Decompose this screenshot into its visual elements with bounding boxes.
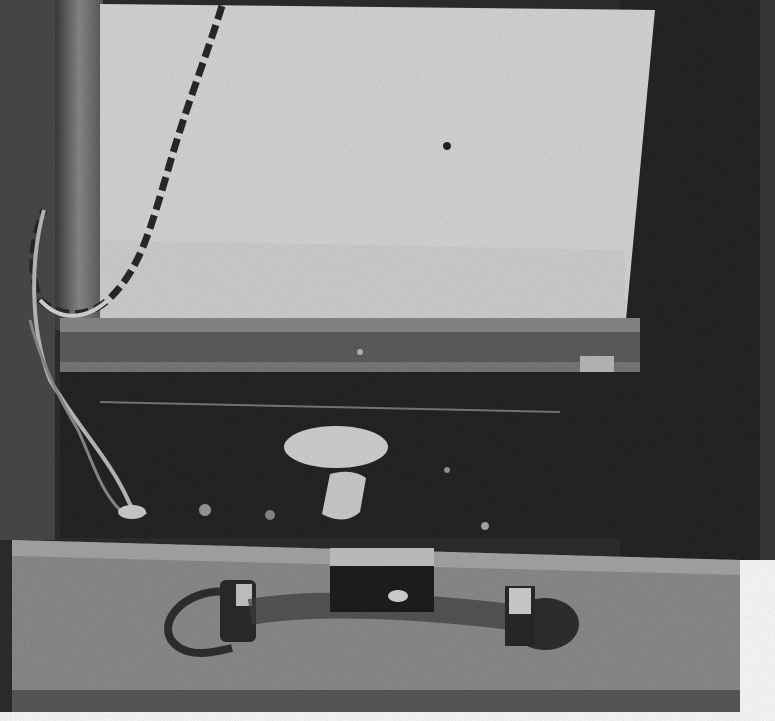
component-top bbox=[330, 548, 434, 566]
left-edge bbox=[0, 0, 55, 540]
panel-dot bbox=[443, 142, 451, 150]
left-post bbox=[55, 0, 103, 330]
center-component bbox=[330, 566, 434, 612]
halftone-photo bbox=[0, 0, 775, 721]
light-blob-upper bbox=[284, 426, 388, 468]
photo-illustration bbox=[0, 0, 775, 721]
cable-end bbox=[118, 505, 146, 519]
shelf-rail bbox=[60, 332, 640, 362]
